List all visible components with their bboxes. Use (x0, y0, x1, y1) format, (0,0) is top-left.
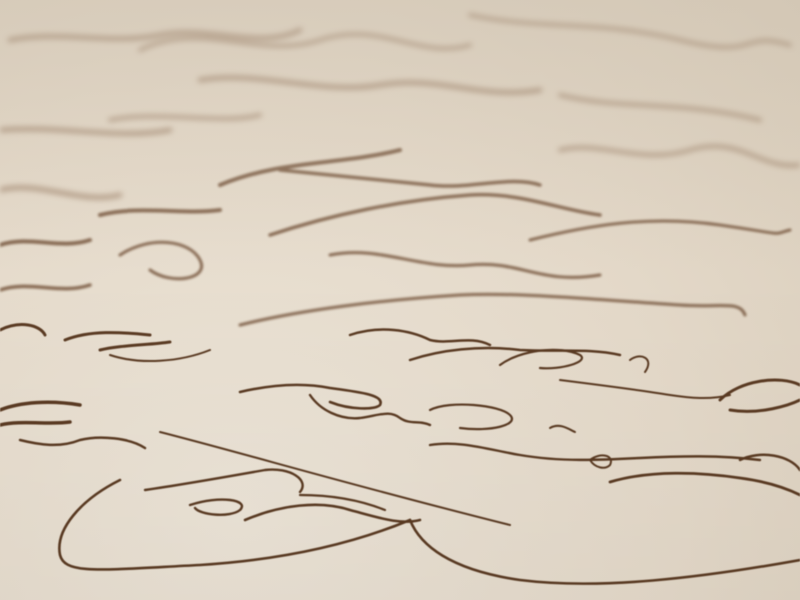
handwritten-manuscript-photo (0, 0, 800, 600)
foreground-script (0, 0, 800, 600)
